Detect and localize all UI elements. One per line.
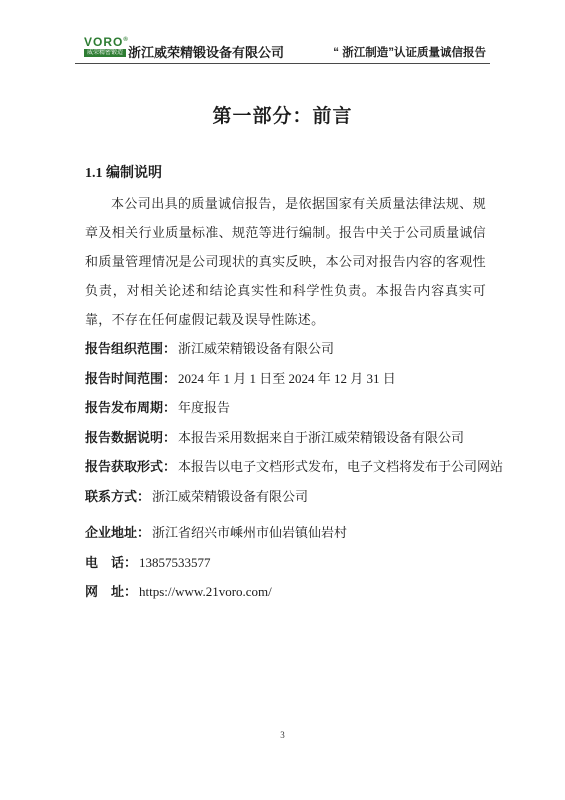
info-label: 电 话：: [85, 555, 137, 570]
info-value: 浙江威荣精锻设备有限公司: [178, 341, 334, 356]
info-label: 报告发布周期：: [85, 400, 176, 415]
info-value: 2024 年 1 月 1 日至 2024 年 12 月 31 日: [178, 371, 396, 386]
info-label: 报告时间范围：: [85, 371, 176, 386]
report-info-row: 报告数据说明：本报告采用数据来自于浙江威荣精锻设备有限公司: [85, 423, 515, 453]
report-info-row: 报告获取形式：本报告以电子文档形式发布，电子文档将发布于公司网站: [85, 452, 515, 482]
info-label: 企业地址：: [85, 525, 150, 540]
contact-info-row: 电 话：13857533577: [85, 548, 515, 578]
info-value: 浙江威荣精锻设备有限公司: [152, 489, 308, 504]
info-value: 13857533577: [139, 555, 211, 570]
report-info-row: 报告组织范围：浙江威荣精锻设备有限公司: [85, 334, 515, 364]
header-company-name: 浙江威荣精锻设备有限公司: [128, 42, 284, 61]
page-header: VORO® 威荣精密锻造 浙江威荣精锻设备有限公司 “ 浙江制造”认证质量诚信报…: [84, 34, 486, 64]
logo-wordmark: VORO: [84, 35, 123, 49]
company-logo: VORO® 威荣精密锻造: [84, 35, 126, 57]
header-report-type: “ 浙江制造”认证质量诚信报告: [333, 44, 486, 60]
contact-info-row: 网 址：https://www.21voro.com/: [85, 577, 515, 607]
report-info-row: 报告时间范围：2024 年 1 月 1 日至 2024 年 12 月 31 日: [85, 364, 515, 394]
section-heading: 1.1 编制说明: [85, 162, 162, 182]
info-value: 年度报告: [178, 400, 230, 415]
page-number: 3: [0, 730, 565, 740]
info-value: https://www.21voro.com/: [139, 584, 272, 599]
report-info-row: 报告发布周期：年度报告: [85, 393, 515, 423]
info-label: 报告数据说明：: [85, 430, 176, 445]
info-label: 报告获取形式：: [85, 459, 176, 474]
contact-info-row: 企业地址：浙江省绍兴市嵊州市仙岩镇仙岩村: [85, 518, 515, 548]
logo-brand-text: VORO®: [84, 35, 126, 48]
info-value: 浙江省绍兴市嵊州市仙岩镇仙岩村: [152, 525, 347, 540]
header-divider: [75, 63, 490, 64]
page-title: 第一部分：前言: [0, 101, 565, 128]
logo-tagline: 威荣精密锻造: [84, 49, 126, 57]
info-value: 本报告采用数据来自于浙江威荣精锻设备有限公司: [178, 430, 464, 445]
intro-paragraph: 本公司出具的质量诚信报告，是依据国家有关质量法律法规、规章及相关行业质量标准、规…: [85, 189, 486, 334]
info-label: 报告组织范围：: [85, 341, 176, 356]
report-info-row: 联系方式：浙江威荣精锻设备有限公司: [85, 482, 515, 512]
info-label: 联系方式：: [85, 489, 150, 504]
report-info-list: 报告组织范围：浙江威荣精锻设备有限公司 报告时间范围：2024 年 1 月 1 …: [85, 334, 515, 511]
info-label: 网 址：: [85, 584, 137, 599]
contact-info-list: 企业地址：浙江省绍兴市嵊州市仙岩镇仙岩村 电 话：13857533577 网 址…: [85, 518, 515, 607]
info-value: 本报告以电子文档形式发布，电子文档将发布于公司网站: [178, 459, 503, 474]
document-page: VORO® 威荣精密锻造 浙江威荣精锻设备有限公司 “ 浙江制造”认证质量诚信报…: [0, 0, 565, 800]
